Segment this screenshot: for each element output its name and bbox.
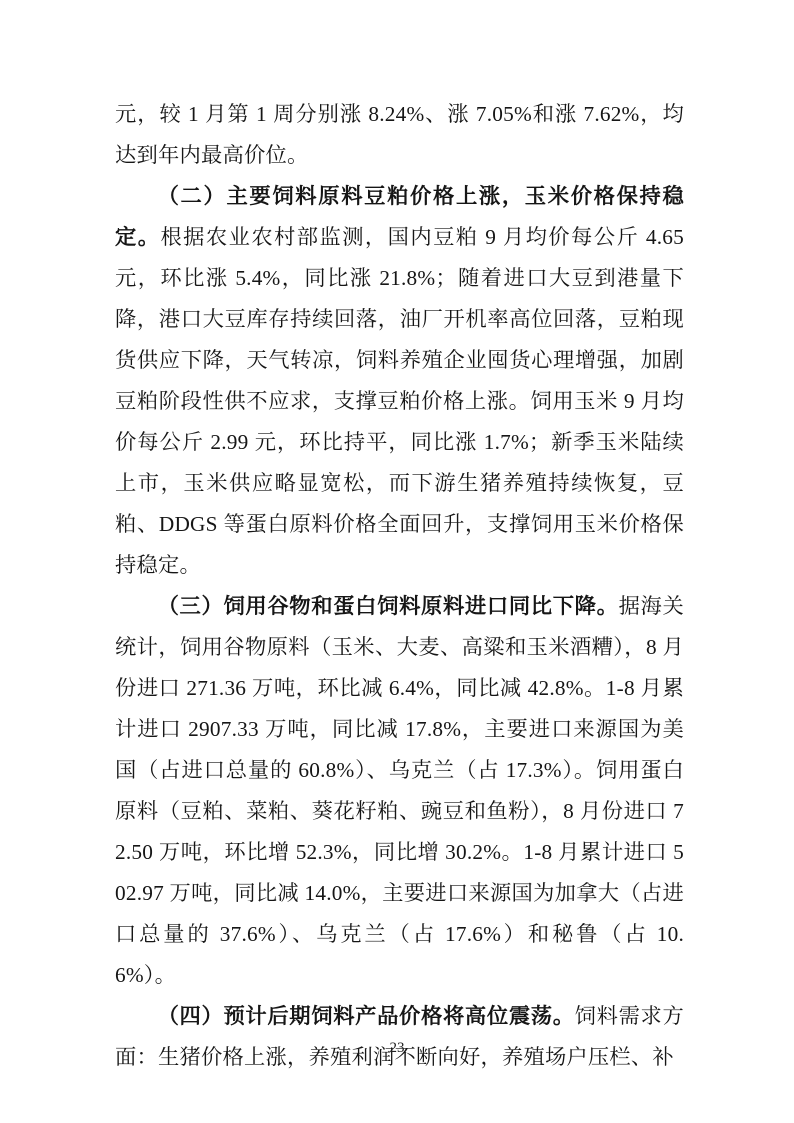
section-3-paragraph: （三）饲用谷物和蛋白饲料原料进口同比下降。据海关统计，饲用谷物原料（玉米、大麦、… [115,586,684,996]
paragraph-continuation-text: 元，较 1 月第 1 周分别涨 8.24%、涨 7.05%和涨 7.62%，均达… [115,102,684,167]
section-3-heading: （三）饲用谷物和蛋白饲料原料进口同比下降。 [158,594,619,618]
page-number: 23 [0,1039,794,1057]
section-4-heading: （四）预计后期饲料产品价格将高位震荡。 [158,1004,575,1028]
paragraph-continuation: 元，较 1 月第 1 周分别涨 8.24%、涨 7.05%和涨 7.62%，均达… [115,94,684,176]
document-body: 元，较 1 月第 1 周分别涨 8.24%、涨 7.05%和涨 7.62%，均达… [115,94,684,1078]
section-3-body-text: 据海关统计，饲用谷物原料（玉米、大麦、高粱和玉米酒糟），8 月份进口 271.3… [115,594,684,987]
section-2-paragraph: （二）主要饲料原料豆粕价格上涨，玉米价格保持稳定。根据农业农村部监测，国内豆粕 … [115,176,684,586]
section-2-body-text: 根据农业农村部监测，国内豆粕 9 月均价每公斤 4.65 元，环比涨 5.4%，… [115,225,684,577]
section-4-paragraph: （四）预计后期饲料产品价格将高位震荡。饲料需求方面：生猪价格上涨，养殖利润不断向… [115,996,684,1078]
document-page: 元，较 1 月第 1 周分别涨 8.24%、涨 7.05%和涨 7.62%，均达… [0,0,794,1123]
